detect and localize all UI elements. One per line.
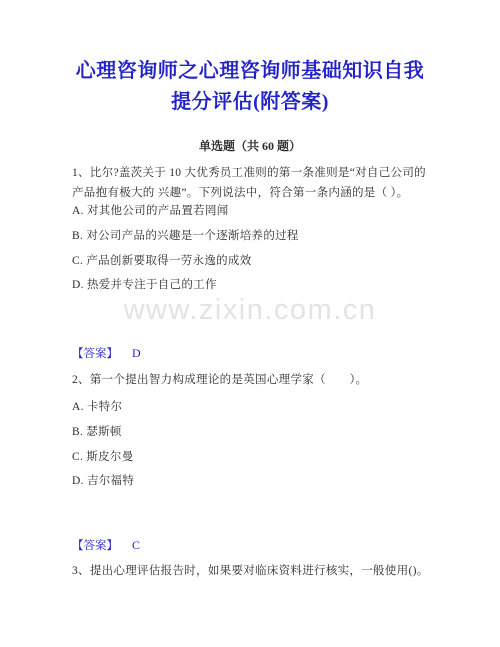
- site-watermark: www.zixin.com.cn: [0, 294, 500, 327]
- question-2-option-b: B. 瑟斯顿: [72, 426, 122, 439]
- question-1-answer-value: D: [132, 346, 141, 360]
- question-1-text: 比尔?盖茨关于 10 大优秀员工准则的第一条准则是“对自己公司的产品抱有极大的 …: [72, 167, 426, 199]
- question-3-number: 3、: [72, 565, 90, 577]
- document-page: 心理咨询师之心理咨询师基础知识自我提分评估(附答案) 单选题（共 60 题） 1…: [0, 0, 500, 647]
- question-1: 1、比尔?盖茨关于 10 大优秀员工准则的第一条准则是“对自己公司的产品抱有极大…: [72, 164, 436, 203]
- question-2-answer-row: 【答案】C: [72, 538, 140, 553]
- question-1-option-a: A. 对其他公司的产品置若罔闻: [72, 205, 229, 218]
- question-1-option-d: D. 热爱并专注于自己的工作: [72, 279, 217, 292]
- question-1-answer-row: 【答案】D: [72, 346, 141, 361]
- question-1-option-b: B. 对公司产品的兴趣是一个逐渐培养的过程: [72, 230, 299, 243]
- question-2-option-a: A. 卡特尔: [72, 401, 122, 414]
- section-heading: 单选题（共 60 题）: [0, 137, 500, 154]
- question-2-number: 2、: [72, 374, 90, 386]
- question-1-option-c: C. 产品创新要取得一劳永逸的成效: [72, 255, 252, 268]
- question-2-text: 第一个提出智力构成理论的是英国心理学家（ ）。: [90, 374, 367, 386]
- question-3-text: 提出心理评估报告时，如果要对临床资料进行核实，一般使用()。: [90, 565, 429, 577]
- question-1-number: 1、: [72, 167, 90, 179]
- question-2-option-c: C. 斯皮尔曼: [72, 451, 134, 464]
- question-2-answer-value: C: [132, 538, 140, 552]
- question-2: 2、第一个提出智力构成理论的是英国心理学家（ ）。: [72, 371, 476, 391]
- document-title: 心理咨询师之心理咨询师基础知识自我提分评估(附答案): [74, 56, 426, 118]
- question-3: 3、提出心理评估报告时，如果要对临床资料进行核实，一般使用()。: [72, 562, 496, 582]
- question-2-option-d: D. 吉尔福特: [72, 475, 134, 488]
- answer-label: 【答案】: [72, 540, 118, 552]
- answer-label: 【答案】: [72, 348, 118, 360]
